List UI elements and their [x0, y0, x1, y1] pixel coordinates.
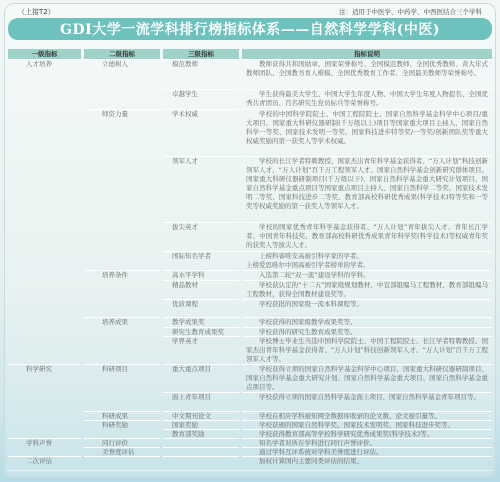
- continued-label: （上接T2）: [18, 7, 55, 17]
- description-cell: 学校获认定的“十二五”国家级规划教材、中宣部组编马工程教材、教育部组编马工程教材…: [242, 280, 492, 299]
- level1-cell: [8, 299, 81, 317]
- level1-cell: 科学研究: [8, 364, 81, 392]
- level1-cell: [8, 156, 81, 222]
- level2-cell: 培养成果: [84, 317, 160, 327]
- level3-cell: 面上青年项目: [163, 392, 239, 411]
- header-description: 指标说明: [242, 49, 492, 59]
- level3-cell: 领军人才: [163, 156, 239, 222]
- level1-cell: [8, 280, 81, 299]
- description-cell: 学校的中国科学院院士、中国工程院院士、国家自然科学基金科学中心项目/重大项目、国…: [242, 109, 492, 156]
- level3-cell: 优质课程: [163, 299, 239, 317]
- level2-cell: 培养条件: [84, 270, 160, 280]
- description-cell: 教师获得共和国勋章、国家荣誉称号、全国模范教师、全国优秀教师、黄大年式教师团队、…: [242, 59, 492, 89]
- level2-cell: [84, 222, 160, 251]
- bottom-rule: [8, 470, 492, 471]
- level3-cell: 精品教材: [163, 280, 239, 299]
- level2-cell: 科研奖励: [84, 420, 160, 429]
- header-level1: 一级指标: [8, 49, 81, 59]
- level2-cell: [84, 392, 160, 411]
- level3-cell: [163, 438, 239, 447]
- level2-cell: 科研成果: [84, 411, 160, 420]
- level1-cell: [8, 270, 81, 280]
- description-cell: 入选第二轮“双一流”建设学科的学科。: [242, 270, 492, 280]
- level3-cell: 教学成果奖: [163, 317, 239, 327]
- description-cell: 学校获批的国家级一流本科课程等。: [242, 299, 492, 317]
- description-cell: 学校获得的研究生教育成果奖等。: [242, 327, 492, 336]
- applicability-note: 注：适用于中医学、中药学、中西医结合三个学科: [339, 7, 482, 17]
- header-level2: 二级指标: [84, 49, 160, 59]
- level3-cell: 中文期刊论文: [163, 411, 239, 420]
- level3-cell: 学术权威: [163, 109, 239, 156]
- level2-cell: 立德树人: [84, 59, 160, 89]
- description-cell: 学校博士毕业生当选中国科学院院士、中国工程院院士、长江学者特聘教授、国家杰出青年…: [242, 336, 492, 364]
- level3-cell: 教育部奖励: [163, 429, 239, 438]
- level2-cell: [84, 336, 160, 364]
- description-cell: 学生获得最美大学生、中国大学生年度人物、中国大学生年度人物提名、全国优秀共青团员…: [242, 89, 492, 109]
- level3-cell: 高水平学科: [163, 270, 239, 280]
- level2-cell: [84, 299, 160, 317]
- level1-cell: [8, 251, 81, 270]
- description-cell: 学校的国家优秀青年科学基金获得者、“万人计划”青年拔尖人才、青年长江学者、中国青…: [242, 222, 492, 251]
- level2-cell: 美誉度评估: [84, 447, 160, 456]
- level2-cell: [84, 429, 160, 438]
- description-cell: 学校获得立项的国家自然科学基金面上项目、国家自然科学基金青年项目等。: [242, 392, 492, 411]
- top-line: （上接T2） 注：适用于中医学、中药学、中西医结合三个学科: [18, 7, 482, 17]
- level1-cell: [8, 89, 81, 109]
- level2-cell: [84, 280, 160, 299]
- level1-cell: 二次评估: [8, 456, 81, 465]
- level2-cell: [84, 456, 160, 465]
- level3-cell: 国际知名学者: [163, 251, 239, 270]
- level3-cell: 重大重点项目: [163, 364, 239, 392]
- header-level3: 三级指标: [163, 49, 239, 59]
- page-title: GDI大学一流学科排行榜指标体系——自然科学学科(中医): [60, 19, 440, 39]
- level3-cell: 研究生教育成果奖: [163, 327, 239, 336]
- level2-cell: [84, 89, 160, 109]
- level2-cell: 师资力量: [84, 109, 160, 156]
- level1-cell: [8, 392, 81, 411]
- level3-cell: 拔尖英才: [163, 222, 239, 251]
- level1-cell: 学科声誉: [8, 438, 81, 447]
- description-cell: 上榜科睿唯安高被引科学家的学者。 上榜爱思唯尔中国高被引学者榜单的学者。: [242, 251, 492, 270]
- level2-cell: 科研项目: [84, 364, 160, 392]
- level1-cell: [8, 447, 81, 456]
- level1-cell: [8, 317, 81, 327]
- description-cell: 学校在相应学科被知网全数据库收录的论文数、论文被引量等。: [242, 411, 492, 420]
- level3-cell: 卓越学生: [163, 89, 239, 109]
- level1-cell: [8, 336, 81, 364]
- title-banner: GDI大学一流学科排行榜指标体系——自然科学学科(中医): [8, 18, 492, 40]
- level1-cell: [8, 327, 81, 336]
- description-cell: 知名学者对所在学科进行同行声誉评价。: [242, 438, 492, 447]
- level1-cell: [8, 429, 81, 438]
- level3-cell: 国家奖励: [163, 420, 239, 429]
- level2-cell: 同行评价: [84, 438, 160, 447]
- level3-cell: [163, 447, 239, 456]
- level3-cell: 模范教师: [163, 59, 239, 89]
- level1-cell: 人才培养: [8, 59, 81, 89]
- level2-cell: [84, 327, 160, 336]
- description-cell: 学校的长江学者特聘教授、国家杰出青年科学基金获得者、“万人计划”科技创新领军人才…: [242, 156, 492, 222]
- description-cell: 通过学科互评系统对学科美誉度进行评估。: [242, 447, 492, 456]
- level3-cell: [163, 456, 239, 465]
- indicator-table: 一级指标 二级指标 三级指标 指标说明 人才培养立德树人模范教师教师获得共和国勋…: [8, 49, 492, 465]
- description-cell: 学校获得立项的国家自然科学基金科学中心项目、国家重大科研仪器研制项目、国家自然科…: [242, 364, 492, 392]
- description-cell: 学校获颁的国家自然科学奖、国家技术发明奖、国家科技进步奖等。: [242, 420, 492, 429]
- level1-cell: [8, 222, 81, 251]
- level1-cell: [8, 411, 81, 420]
- description-cell: 加权计算国内主要同类评估的结果。: [242, 456, 492, 465]
- description-cell: 学校获得的国家级教学成果奖等。: [242, 317, 492, 327]
- level2-cell: [84, 251, 160, 270]
- level1-cell: [8, 109, 81, 156]
- level2-cell: [84, 156, 160, 222]
- level1-cell: [8, 420, 81, 429]
- description-cell: 学校获得教育部高等学校科学研究优秀成果奖(科学技术)等。: [242, 429, 492, 438]
- level3-cell: 学界英才: [163, 336, 239, 364]
